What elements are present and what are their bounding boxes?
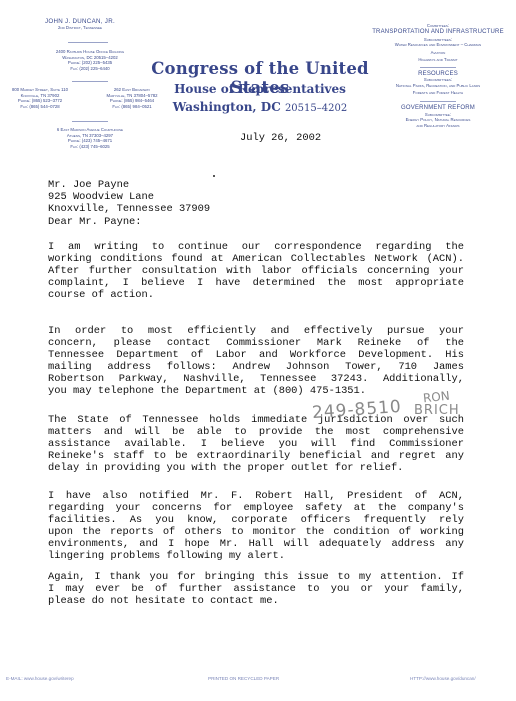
recipient-line: Mr. Joe Payne: [48, 179, 210, 191]
letter-date: July 26, 2002: [240, 132, 321, 144]
recipient-line: Knoxville, Tennessee 37909: [48, 203, 210, 215]
athens-office-line: Fax: (423) 745–6025: [20, 144, 160, 150]
knoxville-office-address: 800 Market Street, Suite 110 Knoxville, …: [0, 87, 80, 109]
paragraph-line: matters and will be able to provide the …: [48, 426, 464, 438]
committee-name: TRANSPORTATION AND INFRASTRUCTURE: [364, 29, 512, 35]
committees-column: Committees: TRANSPORTATION AND INFRASTRU…: [364, 23, 512, 129]
paragraph-line: mailing address follows: Andrew Johnson …: [48, 361, 464, 373]
subcommittee-name: Forests and Forest Health: [364, 90, 512, 96]
member-name: JOHN J. DUNCAN, JR.: [30, 18, 130, 25]
paragraph-1: I am writing to continue our corresponde…: [48, 241, 464, 301]
subcommittee-name: Water Resources and Environment – Chairm…: [364, 42, 512, 48]
subcommittee-name: National Parks, Recreation, and Public L…: [364, 83, 512, 89]
washington-address: Washington, DC 20515–4202: [140, 100, 380, 114]
divider: [420, 67, 456, 68]
paragraph-line: Again, I thank you for bringing this iss…: [48, 571, 464, 583]
paragraph-line: Tennessee Department of Labor and Workfo…: [48, 349, 464, 361]
paragraph-line: assistance available. I believe you will…: [48, 438, 464, 450]
paragraph-line: I may ever be of further assistance to y…: [48, 583, 464, 595]
footer-recycled: PRINTED ON RECYCLED PAPER: [208, 676, 279, 681]
washington-zip: 20515–4202: [285, 103, 347, 114]
divider: [420, 101, 456, 102]
paragraph-line: facilities. As you know, corporate offic…: [48, 514, 464, 526]
dc-office-line: Fax: (202) 225–6440: [30, 66, 150, 72]
member-district: 2nd District, Tennessee: [30, 25, 130, 31]
paragraph-line: working conditions found at American Col…: [48, 253, 464, 265]
subcommittee-name: Highways and Transit: [364, 57, 512, 63]
divider: [72, 121, 108, 122]
footer-website: HTTP://www.house.gov/duncan/: [410, 676, 476, 681]
knoxville-office-line: Fax: (865) 544–0728: [0, 104, 80, 110]
divider: [68, 42, 108, 43]
handwritten-name-bottom: BRICH: [414, 403, 460, 418]
paragraph-line: In order to most efficiently and effecti…: [48, 325, 464, 337]
paragraph-line: regarding your concerns for employee saf…: [48, 502, 464, 514]
paragraph-4: I have also notified Mr. F. Robert Hall,…: [48, 490, 464, 563]
footer-email: E-MAIL: www.house.gov/writerep: [6, 676, 74, 681]
stray-mark: [213, 175, 215, 177]
paragraph-2: In order to most efficiently and effecti…: [48, 325, 464, 398]
paragraph-5: Again, I thank you for bringing this iss…: [48, 571, 464, 607]
paragraph-3: The State of Tennessee holds immediate j…: [48, 414, 464, 474]
paragraph-line: upon the reports of others to monitor th…: [48, 526, 464, 538]
divider: [72, 81, 108, 82]
athens-office-address: 6 East Madison Avenue Courthouse Athens,…: [20, 127, 160, 149]
paragraph-line: delay in providing you with the proper o…: [48, 462, 464, 474]
paragraph-line: course of action.: [48, 289, 464, 301]
dc-office-address: 2400 Rayburn House Office Building Washi…: [30, 49, 150, 71]
house-title: House of Representatives: [140, 82, 380, 96]
paragraph-line: you may telephone the Department at (800…: [48, 385, 464, 397]
subcommittee-name: and Regulatory Affairs: [364, 123, 512, 129]
paragraph-line: Reineke's staff to be extraordinarily be…: [48, 450, 464, 462]
washington-city: Washington, DC: [173, 100, 281, 114]
paragraph-line: lingering problems following my alert.: [48, 550, 464, 562]
paragraph-line: complaint, I believe I have determined t…: [48, 277, 464, 289]
member-header: JOHN J. DUNCAN, JR. 2nd District, Tennes…: [30, 18, 130, 31]
paragraph-line: environments, and I hope Mr. Hall will a…: [48, 538, 464, 550]
recipient-line: 925 Woodview Lane: [48, 191, 210, 203]
salutation: Dear Mr. Payne:: [48, 216, 142, 228]
paragraph-line: I am writing to continue our corresponde…: [48, 241, 464, 253]
paragraph-line: I have also notified Mr. F. Robert Hall,…: [48, 490, 464, 502]
recipient-address: Mr. Joe Payne 925 Woodview Lane Knoxvill…: [48, 179, 210, 216]
paragraph-line: concern, please contact Commissioner Mar…: [48, 337, 464, 349]
paragraph-line: After further consultation with labor of…: [48, 265, 464, 277]
committee-name: GOVERNMENT REFORM: [364, 105, 512, 111]
subcommittee-name: Aviation: [364, 50, 512, 56]
paragraph-line: Robertson Parkway, Nashville, Tennessee …: [48, 373, 464, 385]
paragraph-line: please do not hesitate to contact me.: [48, 595, 464, 607]
